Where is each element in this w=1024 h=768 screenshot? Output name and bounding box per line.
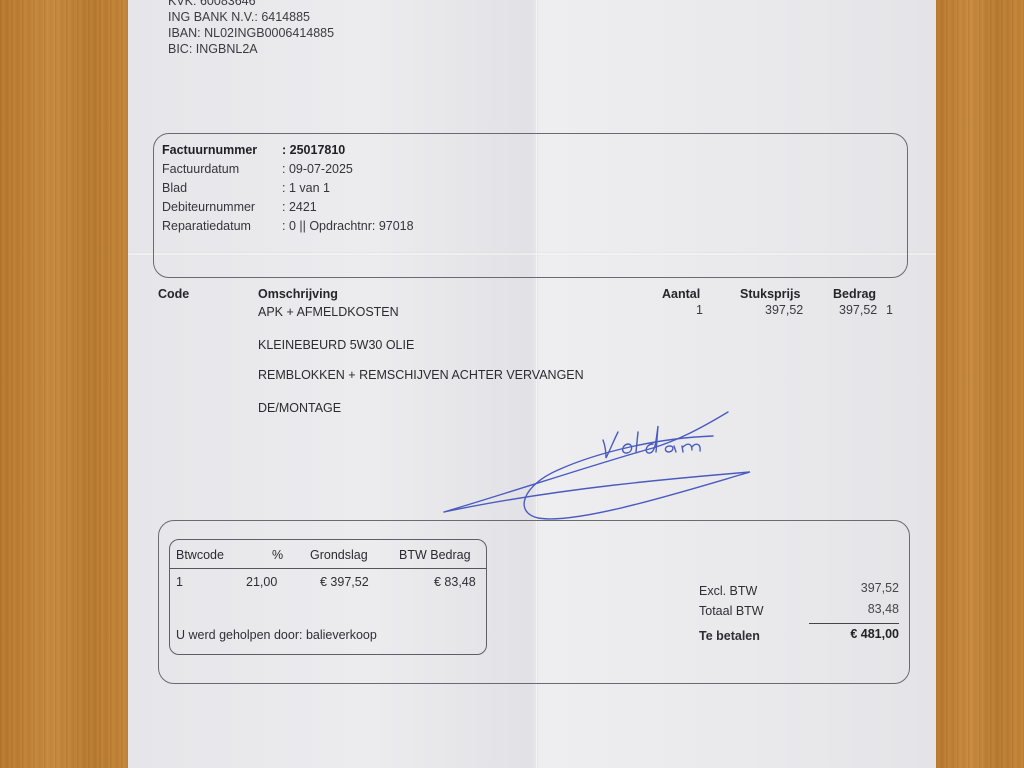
- vat-percent: 21,00: [246, 575, 277, 589]
- header-description: Omschrijving: [258, 287, 338, 301]
- vat-base: € 397,52: [320, 575, 369, 589]
- vat-table: Btwcode % Grondslag BTW Bedrag 1 21,00 €…: [169, 539, 487, 655]
- vat-code: 1: [176, 575, 183, 589]
- excl-vat-label: Excl. BTW: [699, 584, 757, 598]
- line-item-vat-code: 1: [886, 303, 893, 317]
- line-item-quantity: 1: [696, 303, 703, 317]
- excl-vat-value: 397,52: [861, 581, 899, 595]
- header-unit-price: Stuksprijs: [740, 287, 800, 301]
- signature-voldaan: [438, 400, 768, 525]
- amount-due-label: Te betalen: [699, 629, 760, 643]
- label: Factuurnummer: [162, 143, 282, 157]
- invoice-date-row: Factuurdatum: 09-07-2025: [162, 162, 353, 176]
- vat-header-base: Grondslag: [310, 548, 368, 562]
- label: Debiteurnummer: [162, 200, 282, 214]
- invoice-paper: KVK: 60083646 ING BANK N.V.: 6414885 IBA…: [128, 0, 936, 768]
- vat-amount: € 83,48: [434, 575, 476, 589]
- invoice-info-box: Factuurnummer: 25017810 Factuurdatum: 09…: [153, 133, 908, 278]
- value: : 0 || Opdrachtnr: 97018: [282, 219, 414, 233]
- wooden-table-left: [0, 0, 130, 768]
- label: Blad: [162, 181, 282, 195]
- iban: IBAN: NL02INGB0006414885: [168, 25, 334, 41]
- kvk-number: KVK: 60083646: [168, 0, 334, 9]
- line-item-description: KLEINEBEURD 5W30 OLIE: [258, 338, 414, 352]
- line-item-description: DE/MONTAGE: [258, 401, 341, 415]
- value: : 09-07-2025: [282, 162, 353, 176]
- value: : 1 van 1: [282, 181, 330, 195]
- totals-divider: [809, 623, 899, 624]
- line-item-description: APK + AFMELDKOSTEN: [258, 305, 399, 319]
- invoice-number-row: Factuurnummer: 25017810: [162, 143, 345, 157]
- bic: BIC: INGBNL2A: [168, 41, 334, 57]
- helped-by: U werd geholpen door: balieverkoop: [176, 628, 377, 642]
- repair-date-row: Reparatiedatum: 0 || Opdrachtnr: 97018: [162, 219, 414, 233]
- header-quantity: Aantal: [662, 287, 700, 301]
- total-vat-label: Totaal BTW: [699, 604, 764, 618]
- line-item-amount: 397,52: [839, 303, 877, 317]
- vat-header-divider: [170, 568, 486, 569]
- header-code: Code: [158, 287, 189, 301]
- bank-account: ING BANK N.V.: 6414885: [168, 9, 334, 25]
- vat-header-percent: %: [272, 548, 283, 562]
- debtor-number-row: Debiteurnummer: 2421: [162, 200, 317, 214]
- value: : 25017810: [282, 143, 345, 157]
- total-vat-value: 83,48: [868, 602, 899, 616]
- vat-header-code: Btwcode: [176, 548, 224, 562]
- amount-due-value: € 481,00: [850, 627, 899, 641]
- company-bank-details: KVK: 60083646 ING BANK N.V.: 6414885 IBA…: [168, 0, 334, 57]
- page-row: Blad: 1 van 1: [162, 181, 330, 195]
- value: : 2421: [282, 200, 317, 214]
- line-item-description: REMBLOKKEN + REMSCHIJVEN ACHTER VERVANGE…: [258, 368, 584, 382]
- totals-box: Btwcode % Grondslag BTW Bedrag 1 21,00 €…: [158, 520, 910, 684]
- line-item-unit-price: 397,52: [765, 303, 803, 317]
- wooden-table-right: [935, 0, 1024, 768]
- label: Reparatiedatum: [162, 219, 282, 233]
- vat-header-amount: BTW Bedrag: [399, 548, 471, 562]
- header-amount: Bedrag: [833, 287, 876, 301]
- label: Factuurdatum: [162, 162, 282, 176]
